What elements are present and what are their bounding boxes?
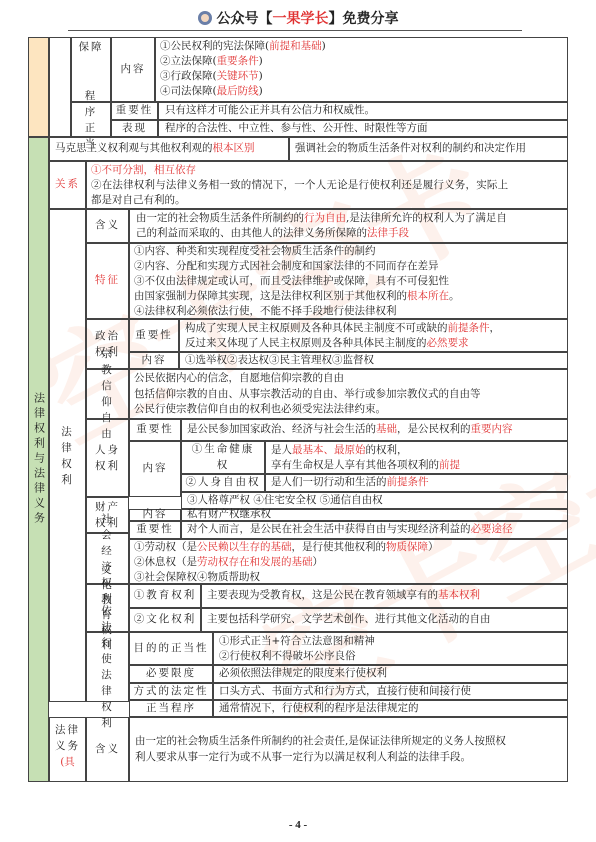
guarantee-item: ①公民权利的宪法保障(前提和基础) <box>160 39 563 54</box>
due-process-value: 只有这样才可能公正并具有公信力和权威性。 <box>158 102 568 120</box>
personal-label: 人身权利 <box>86 419 129 497</box>
political-importance-label: 重要性 <box>129 319 179 352</box>
lawful-exercise-label: 依法行使法律权利 <box>86 632 129 702</box>
exercise-value: 必须依照法律规定的限度来行使权利 <box>213 665 568 683</box>
life-health-content: 是人最基本、最原始的权利， 享有生命权是人享有其他各项权利的前提 <box>265 441 568 474</box>
marxist-right: 强调社会的物质生活条件对权利的制约和决定作用 <box>289 137 568 161</box>
legal-duty-definition-label: 含义 <box>86 717 129 782</box>
legal-duty-definition: 由一定的社会物质生活条件所制约的社会责任,是保证法律所规定的义务人按照权 利人要… <box>129 717 568 782</box>
exercise-value: ①形式正当+符合立法意图和精神 ②行使权利不得破坏公序良俗 <box>213 632 568 665</box>
political-importance: 构成了实现人民主权原则及各种具体民主制度不可或缺的前提条件， 反过来又体现了人民… <box>179 319 568 352</box>
side-band-main: 法律权利与法律义务 <box>28 137 49 782</box>
page-number: - 4 - <box>0 819 596 831</box>
header-brand: 一果学长 <box>273 11 329 27</box>
religion-label: 宗教信仰自由 <box>86 369 129 419</box>
personal-liberty-label: ②人身自由权 <box>181 474 265 492</box>
property-importance-label: 重要性 <box>129 521 181 539</box>
socioeconomic-content: ①劳动权（是公民赖以生存的基础，是行使其他权利的物质保障） ②休息权（是劳动权存… <box>129 539 568 584</box>
due-process-value: 程序的合法性、中立性、参与性、公开性、时限性等方面 <box>158 120 568 137</box>
guarantee-content-label: 内容 <box>111 37 155 102</box>
exercise-key: 目的的正当性 <box>129 632 213 665</box>
political-content-label: 内容 <box>129 352 179 369</box>
personal-importance-label: 重要性 <box>129 419 181 441</box>
legal-duty-label: 法律义务 (具 <box>49 717 86 782</box>
exercise-key: 方式的法定性 <box>129 683 213 700</box>
relation-label: 关系 <box>49 161 86 209</box>
header-rule <box>68 30 522 31</box>
political-content: ①选举权②表达权③民主管理权③监督权 <box>179 352 568 369</box>
life-health-label: ①生命健康权 <box>181 441 265 474</box>
side-band-top <box>28 37 49 137</box>
religion-content: 公民依据内心的信念，自愿地信仰宗教的自由 包括信仰宗教的自由、从事宗教活动的自由… <box>129 369 568 419</box>
due-process-key: 重要性 <box>111 102 158 120</box>
guarantee-content: ①公民权利的宪法保障(前提和基础) ②立法保障(重要条件) ③行政保障(关键环节… <box>155 37 568 102</box>
page-header: 公众号【一果学长】免费分享 <box>0 8 596 28</box>
due-process-label: 程序正当 <box>71 102 111 137</box>
personal-liberty-content: 是人们一切行动和生活的前提条件 <box>265 474 568 492</box>
due-process-key: 表现 <box>111 120 158 137</box>
header-prefix: 公众号【 <box>217 11 273 27</box>
legal-rights-label: 法律权利 <box>49 209 86 702</box>
avatar-icon <box>198 11 212 25</box>
guarantee-item: ②立法保障(重要条件) <box>160 54 563 69</box>
exercise-key: 正当程序 <box>129 700 213 717</box>
education-content: 主要表现为受教育权，这是公民在教育领域享有的基本权利 <box>201 584 568 608</box>
property-content: 私有财产权继承权 <box>181 509 568 521</box>
exercise-value: 通常情况下，行使权利的程序是法律规定的 <box>213 700 568 717</box>
side-band-label: 法律权利与法律义务 <box>31 392 47 527</box>
cultural-rights-label: ②文化权利 <box>129 608 201 632</box>
personal-importance: 是公民参加国家政治、经济与社会生活的基础，是公民权利的重要内容 <box>181 419 568 441</box>
cultural-rights-content: 主要包括科学研究、文学艺术创作、进行其他文化活动的自由 <box>201 608 568 632</box>
marxist-left: 马克思主义权利观与其他权利观的根本区别 <box>49 137 289 161</box>
education-label: ①教育权利 <box>129 584 201 608</box>
exercise-value: 口头方式、书面方式和行为方式，直接行使和间接行使 <box>213 683 568 700</box>
features-content: ①内容、种类和实现程度受社会物质生活条件的制约 ②内容、分配和实现方式因社会制度… <box>129 243 568 319</box>
definition-label: 含义 <box>86 209 129 243</box>
header-suffix: 】免费分享 <box>329 11 399 27</box>
property-importance: 对个人而言，是公民在社会生活中获得自由与实现经济利益的必要途径 <box>181 521 568 539</box>
definition-content: 由一定的社会物质生活条件所制约的行为自由,是法律所允许的权利人为了满足自 己的利… <box>129 209 568 243</box>
exercise-key: 必要限度 <box>129 665 213 683</box>
guarantee-item: ④司法保障(最后防线) <box>160 84 563 99</box>
relation-content: ①不可分割，相互依存 ②在法律权利与法律义务相一致的情况下，一个人无论是行使权利… <box>86 161 568 209</box>
guarantee-item: ③行政保障(关键环节) <box>160 69 563 84</box>
features-label: 特征 <box>86 243 129 319</box>
property-content-label: 内容 <box>129 509 181 521</box>
personal-content-label: 内容 <box>129 441 181 497</box>
empty-cell <box>49 37 71 137</box>
